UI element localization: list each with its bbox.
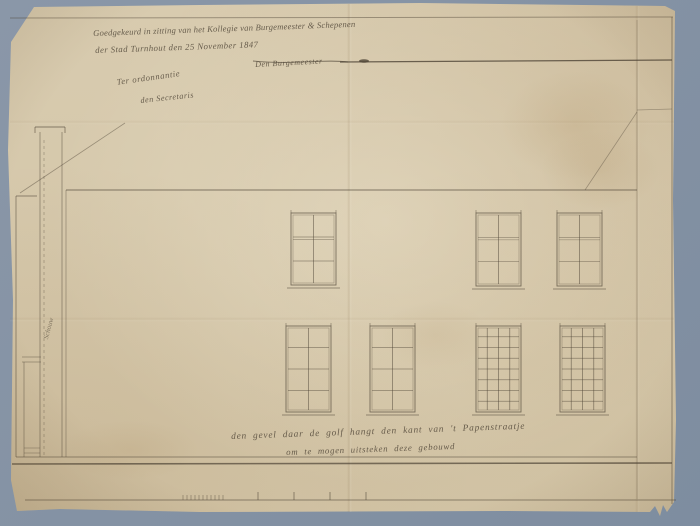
scanned-sheet-stage: Goedgekeurd in zitting van het Kollegie … bbox=[0, 0, 700, 526]
